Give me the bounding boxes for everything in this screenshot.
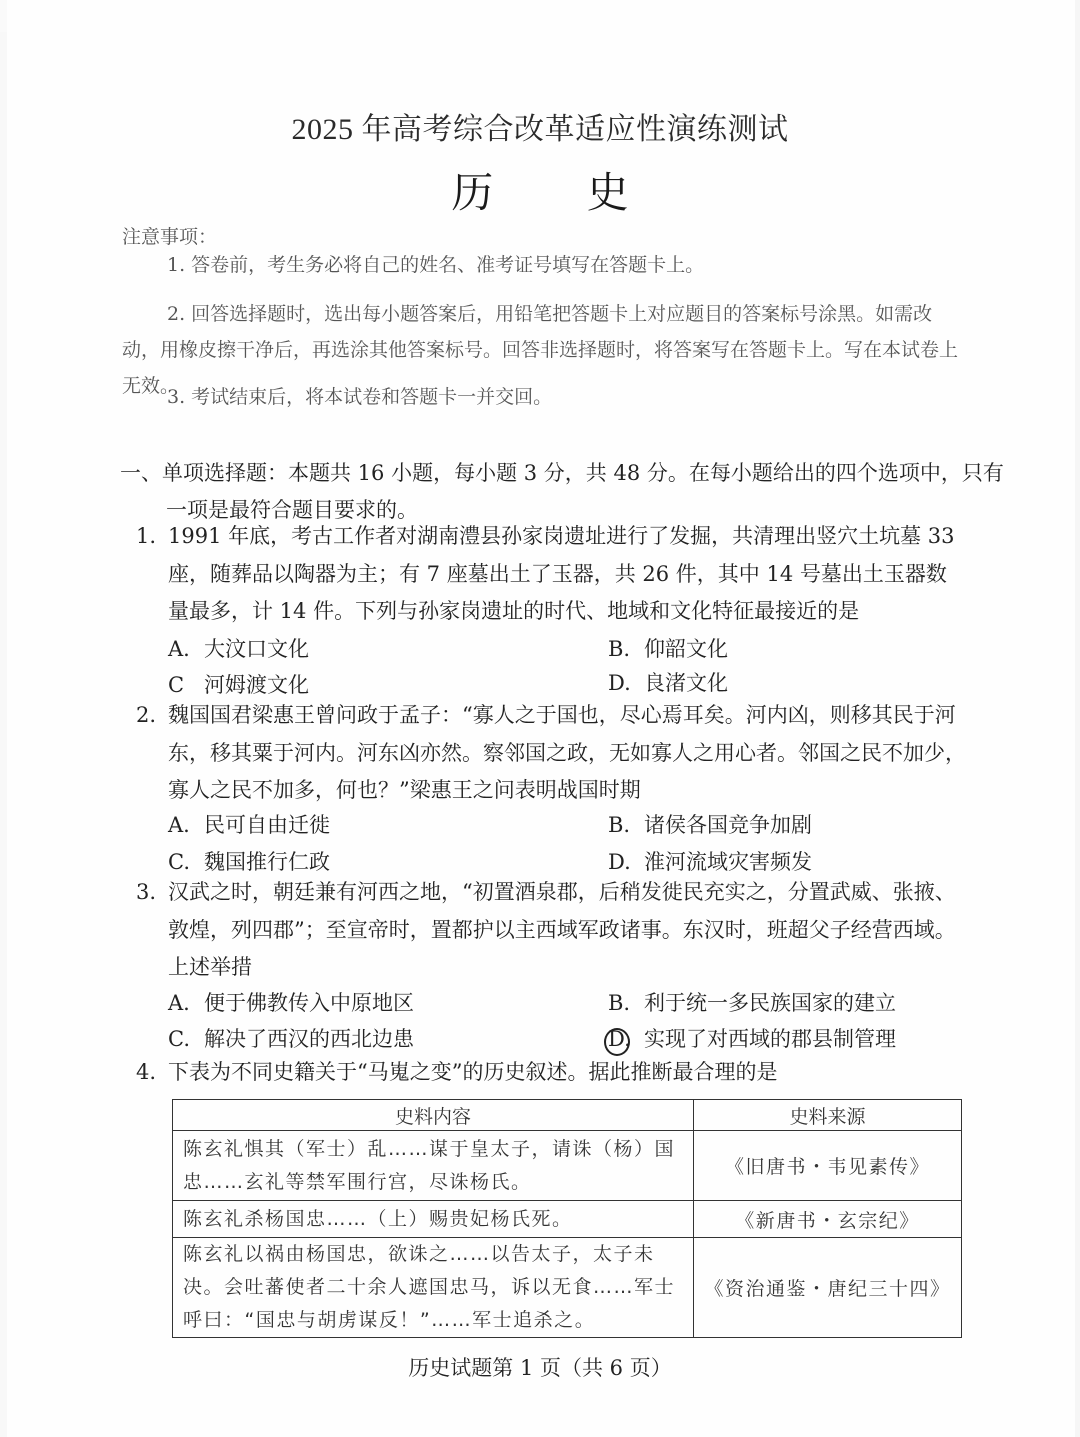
option-c: C河姆渡文化 <box>168 669 309 699</box>
option-letter: C. <box>168 1027 204 1051</box>
option-d: D.淮河流域灾害频发 <box>608 846 812 876</box>
table-row: 陈玄礼杀杨国忠……（上）赐贵妃杨氏死。 《新唐书・玄宗纪》 <box>173 1201 962 1238</box>
table-row: 陈玄礼以祸由杨国忠，欲诛之……以告太子，太子未决。会吐蕃使者二十余人遮国忠马，诉… <box>173 1238 962 1338</box>
notice-item: 3. 考试结束后，将本试卷和答题卡一并交回。 <box>122 382 962 409</box>
question-1: 1. 1991 年底，考古工作者对湖南澧县孙家岗遗址进行了发掘，共清理出竖穴土坑… <box>136 518 966 631</box>
table-row: 陈玄礼惧其（军士）乱……谋于皇太子，请诛（杨）国忠……玄礼等禁军围行宫，尽诛杨氏… <box>173 1131 962 1201</box>
option-letter: B. <box>608 637 644 661</box>
option-letter: D. <box>608 671 644 695</box>
option-d: D.实现了对西域的郡县制管理 <box>608 1023 896 1053</box>
question-stem: 1991 年底，考古工作者对湖南澧县孙家岗遗址进行了发掘，共清理出竖穴土坑墓 3… <box>168 518 966 631</box>
option-letter: B. <box>608 813 644 837</box>
question-4: 4. 下表为不同史籍关于“马嵬之变”的历史叙述。据此推断最合理的是 <box>136 1054 966 1092</box>
option-b: B.利于统一多民族国家的建立 <box>608 987 896 1017</box>
option-letter: B. <box>608 991 644 1015</box>
question-stem: 魏国国君梁惠王曾问政于孟子：“寡人之于国也，尽心焉耳矣。河内凶，则移其民于河东，… <box>168 697 966 810</box>
question-number: 4. <box>136 1054 156 1092</box>
source-content: 陈玄礼以祸由杨国忠，欲诛之……以告太子，太子未决。会吐蕃使者二十余人遮国忠马，诉… <box>173 1238 694 1338</box>
column-header: 史料内容 <box>173 1100 694 1131</box>
historical-sources-table: 史料内容 史料来源 陈玄礼惧其（军士）乱……谋于皇太子，请诛（杨）国忠……玄礼等… <box>172 1099 962 1338</box>
option-letter: A. <box>168 813 204 837</box>
source-content: 陈玄礼杀杨国忠……（上）赐贵妃杨氏死。 <box>173 1201 694 1238</box>
option-text: 良渚文化 <box>644 671 728 695</box>
option-a: A.民可自由迁徙 <box>168 809 330 839</box>
question-3: 3. 汉武之时，朝廷兼有河西之地，“初置酒泉郡，后稍发徙民充实之，分置武威、张掖… <box>136 874 966 987</box>
option-a: A.大汶口文化 <box>168 633 309 663</box>
option-text: 淮河流域灾害频发 <box>644 850 812 874</box>
option-text: 魏国推行仁政 <box>204 850 330 874</box>
option-text: 民可自由迁徙 <box>204 813 330 837</box>
option-d: D.良渚文化 <box>608 667 728 697</box>
option-a: A.便于佛教传入中原地区 <box>168 987 414 1017</box>
handwritten-circle-mark: D. <box>608 1027 644 1051</box>
notice-heading: 注意事项： <box>122 222 962 252</box>
option-text: 实现了对西域的郡县制管理 <box>644 1027 896 1051</box>
question-number: 1. <box>136 518 156 556</box>
option-letter: A. <box>168 991 204 1015</box>
option-text: 解决了西汉的西北边患 <box>204 1027 414 1051</box>
question-number: 2. <box>136 697 156 735</box>
source-title: 《新唐书・玄宗纪》 <box>694 1201 962 1238</box>
scan-edge <box>0 32 7 1437</box>
source-title: 《旧唐书・韦见素传》 <box>694 1131 962 1201</box>
source-title: 《资治通鉴・唐纪三十四》 <box>694 1238 962 1338</box>
option-text: 仰韶文化 <box>644 637 728 661</box>
source-content: 陈玄礼惧其（军士）乱……谋于皇太子，请诛（杨）国忠……玄礼等禁军围行宫，尽诛杨氏… <box>173 1131 694 1201</box>
exam-title: 2025 年高考综合改革适应性演练测试 <box>0 104 1080 148</box>
option-b: B.仰韶文化 <box>608 633 728 663</box>
page-footer: 历史试题第 1 页（共 6 页） <box>0 1352 1080 1382</box>
option-letter: A. <box>168 637 204 661</box>
option-c: C.魏国推行仁政 <box>168 846 330 876</box>
subject-title: 历 史 <box>0 160 1080 220</box>
option-text: 诸侯各国竞争加剧 <box>644 813 812 837</box>
option-letter: C <box>168 673 204 697</box>
notice-item: 1. 答卷前，考生务必将自己的姓名、准考证号填写在答题卡上。 <box>122 250 962 277</box>
question-2: 2. 魏国国君梁惠王曾问政于孟子：“寡人之于国也，尽心焉耳矣。河内凶，则移其民于… <box>136 697 966 810</box>
question-number: 3. <box>136 874 156 912</box>
scan-edge <box>0 0 7 32</box>
option-text: 大汶口文化 <box>204 637 309 661</box>
table-header-row: 史料内容 史料来源 <box>173 1100 962 1131</box>
option-b: B.诸侯各国竞争加剧 <box>608 809 812 839</box>
option-text: 河姆渡文化 <box>204 673 309 697</box>
question-stem: 汉武之时，朝廷兼有河西之地，“初置酒泉郡，后稍发徙民充实之，分置武威、张掖、敦煌… <box>168 874 966 987</box>
question-stem: 下表为不同史籍关于“马嵬之变”的历史叙述。据此推断最合理的是 <box>168 1054 966 1092</box>
option-letter: C. <box>168 850 204 874</box>
option-text: 便于佛教传入中原地区 <box>204 991 414 1015</box>
option-c: C.解决了西汉的西北边患 <box>168 1023 414 1053</box>
option-letter: D. <box>608 850 644 874</box>
option-text: 利于统一多民族国家的建立 <box>644 991 896 1015</box>
column-header: 史料来源 <box>694 1100 962 1131</box>
notice-block: 注意事项： 1. 答卷前，考生务必将自己的姓名、准考证号填写在答题卡上。 2. … <box>122 222 962 252</box>
